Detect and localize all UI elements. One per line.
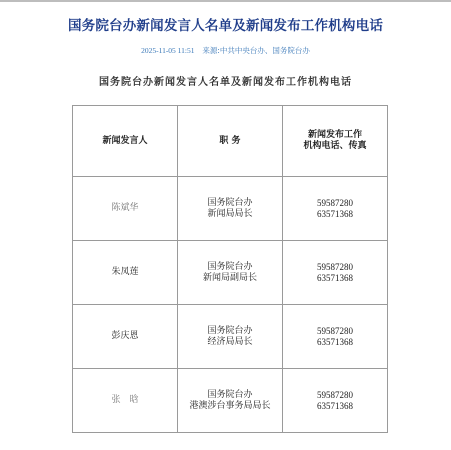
position-title: 新闻局副局长 (178, 273, 282, 284)
header-phone: 新闻发布工作 机构电话、传真 (283, 106, 388, 177)
phone-number: 59587280 (283, 390, 387, 401)
header-phone-line1: 新闻发布工作 (283, 130, 387, 141)
publish-datetime: 2025-11-05 11:51 (141, 46, 194, 55)
header-position: 职 务 (178, 106, 283, 177)
spokesperson-contact: 59587280 63571368 (283, 241, 388, 305)
table-header-row: 新闻发言人 职 务 新闻发布工作 机构电话、传真 (73, 106, 388, 177)
table-row: 朱凤莲 国务院台办 新闻局副局长 59587280 63571368 (73, 241, 388, 305)
article-subtitle: 国务院台办新闻发言人名单及新闻发布工作机构电话 (0, 73, 451, 88)
header-spokesperson: 新闻发言人 (73, 106, 178, 177)
spokesperson-position: 国务院台办 经济局局长 (178, 305, 283, 369)
spokesperson-position: 国务院台办 港澳涉台事务局局长 (178, 369, 283, 433)
table-row: 张 晗 国务院台办 港澳涉台事务局局长 59587280 63571368 (73, 369, 388, 433)
spokesperson-name: 张 晗 (73, 369, 178, 433)
table-row: 陈斌华 国务院台办 新闻局局长 59587280 63571368 (73, 177, 388, 241)
phone-number: 59587280 (283, 262, 387, 273)
top-divider (0, 0, 451, 2)
article-title: 国务院台办新闻发言人名单及新闻发布工作机构电话 (0, 14, 451, 34)
article-source: 来源:中共中央台办、国务院台办 (202, 46, 310, 55)
position-title: 港澳涉台事务局局长 (178, 401, 282, 412)
spokesperson-name: 朱凤莲 (73, 241, 178, 305)
spokesperson-contact: 59587280 63571368 (283, 369, 388, 433)
spokesperson-name: 彭庆恩 (73, 305, 178, 369)
phone-number: 59587280 (283, 326, 387, 337)
spokesperson-position: 国务院台办 新闻局副局长 (178, 241, 283, 305)
article-meta: 2025-11-05 11:51 来源:中共中央台办、国务院台办 (0, 45, 451, 56)
position-title: 新闻局局长 (178, 209, 282, 220)
table-row: 彭庆恩 国务院台办 经济局局长 59587280 63571368 (73, 305, 388, 369)
fax-number: 63571368 (283, 401, 387, 412)
position-org: 国务院台办 (178, 262, 282, 273)
fax-number: 63571368 (283, 273, 387, 284)
spokesperson-position: 国务院台办 新闻局局长 (178, 177, 283, 241)
spokesperson-table: 新闻发言人 职 务 新闻发布工作 机构电话、传真 陈斌华 国务院台办 新闻局局长… (72, 105, 388, 433)
position-title: 经济局局长 (178, 337, 282, 348)
fax-number: 63571368 (283, 209, 387, 220)
spokesperson-name: 陈斌华 (73, 177, 178, 241)
phone-number: 59587280 (283, 198, 387, 209)
position-org: 国务院台办 (178, 326, 282, 337)
position-org: 国务院台办 (178, 198, 282, 209)
spokesperson-contact: 59587280 63571368 (283, 305, 388, 369)
fax-number: 63571368 (283, 337, 387, 348)
spokesperson-contact: 59587280 63571368 (283, 177, 388, 241)
position-org: 国务院台办 (178, 390, 282, 401)
header-phone-line2: 机构电话、传真 (283, 141, 387, 152)
